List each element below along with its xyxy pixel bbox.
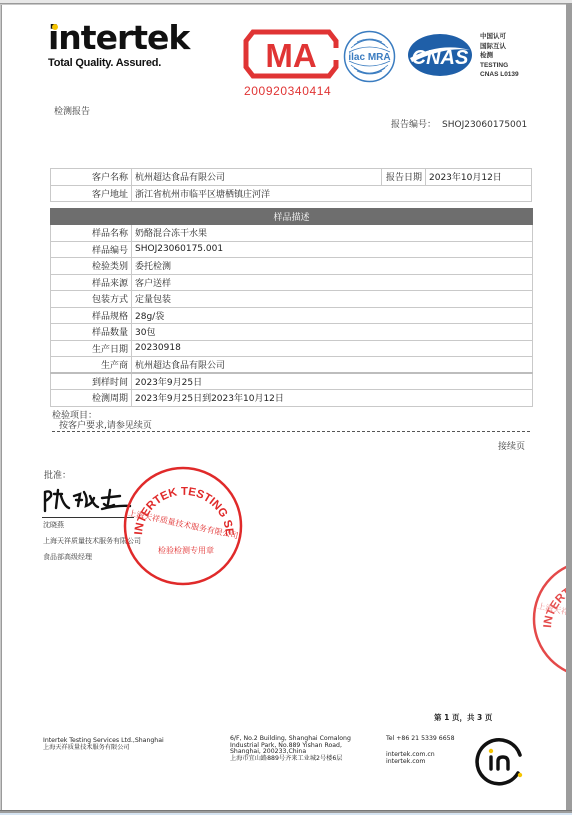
table-row: 检验类别委托检测 xyxy=(51,258,533,275)
table-row: 样品编号SHOJ23060175.001 xyxy=(51,241,533,258)
test-items-label: 检验项目： xyxy=(52,412,97,421)
table-row: 样品名称奶酪混合冻干水果 xyxy=(51,225,533,242)
report-date-label: 报告日期 xyxy=(382,169,426,186)
intertek-in-logo-icon xyxy=(474,735,526,787)
intertek-logo: intertek Total Quality. Assured. xyxy=(48,21,189,69)
cma-number: 200920340414 xyxy=(244,84,331,98)
signer-position: 食品部高级经理 xyxy=(43,552,92,562)
page-number: 第 1 页，共 3 页 xyxy=(434,712,492,723)
brand-tagline: Total Quality. Assured. xyxy=(48,57,189,69)
test-items-value: 按客户要求,请参见续页 xyxy=(59,421,152,431)
ilac-mra-icon: ilac MRA xyxy=(343,30,396,83)
dashed-divider xyxy=(52,431,530,432)
viewer-scrollbar[interactable] xyxy=(566,4,572,812)
client-name-label: 客户名称 xyxy=(51,169,132,186)
viewer-top-bar xyxy=(0,0,572,4)
sample-description-table: 样品描述 样品名称奶酪混合冻干水果 样品编号SHOJ23060175.001 检… xyxy=(50,208,533,407)
svg-text:检验检测专用章: 检验检测专用章 xyxy=(158,545,214,555)
table-row: 客户名称 杭州超达食品有限公司 报告日期 2023年10月12日 xyxy=(51,169,532,186)
page-seam-stamp-icon: INTERTEK TESTING SERVICES LTD., SHANGHAI… xyxy=(531,558,566,680)
footer-website: intertek.com.cn intertek.com xyxy=(386,752,435,765)
svg-text:MA: MA xyxy=(265,37,316,74)
logo-dot-icon xyxy=(52,24,58,30)
table-row: 生产商杭州超达食品有限公司 xyxy=(51,357,533,374)
official-stamp-icon: INTERTEK TESTING SERVICES LTD., SHANGHAI… xyxy=(122,465,244,587)
footer-phone: Tel +86 21 5339 6658 xyxy=(386,736,455,743)
report-page: intertek Total Quality. Assured. MA 2009… xyxy=(1,5,566,810)
report-date-value: 2023年10月12日 xyxy=(426,169,532,186)
section-title: 样品描述 xyxy=(51,209,533,225)
signature-line xyxy=(42,517,134,518)
table-row: 到样时间2023年9月25日 xyxy=(51,373,533,390)
table-row: 样品规格28g/袋 xyxy=(51,307,533,324)
table-row: 生产日期20230918 xyxy=(51,340,533,357)
approval-label: 批准： xyxy=(44,468,71,481)
footer-company: Intertek Testing Services Ltd.,Shanghai上… xyxy=(43,738,164,751)
table-row: 检测周期2023年9月25日到2023年10月12日 xyxy=(51,390,533,407)
client-name-value: 杭州超达食品有限公司 xyxy=(132,169,382,186)
cnas-caption: 中国认可 国际互认 检测 TESTING CNAS L0139 xyxy=(480,32,519,80)
cnas-logo-icon: CNAS xyxy=(406,32,474,78)
svg-text:ilac MRA: ilac MRA xyxy=(348,52,390,63)
cma-mark-icon: MA xyxy=(243,29,339,79)
viewer-bottom-bar xyxy=(0,810,572,815)
client-info-table: 客户名称 杭州超达食品有限公司 报告日期 2023年10月12日 客户地址 浙江… xyxy=(50,168,532,202)
continued-note: 接续页 xyxy=(498,439,525,452)
table-row: 包装方式定量包装 xyxy=(51,291,533,308)
report-number: 报告编号：SHOJ23060175001 xyxy=(391,117,527,130)
svg-text:CNAS: CNAS xyxy=(412,47,469,69)
footer-address: 6/F, No.2 Building, Shanghai Comalong In… xyxy=(230,736,351,762)
client-address-value: 浙江省杭州市临平区塘栖镇庄河洋 xyxy=(132,185,532,202)
signer-name: 沈晓燕 xyxy=(43,520,64,530)
brand-name: intertek xyxy=(48,21,189,55)
signature-icon xyxy=(42,484,132,514)
document-title: 检测报告 xyxy=(54,104,90,117)
table-row: 样品来源客户送样 xyxy=(51,274,533,291)
table-row: 客户地址 浙江省杭州市临平区塘栖镇庄河洋 xyxy=(51,185,532,202)
client-address-label: 客户地址 xyxy=(51,185,132,202)
table-row: 样品数量30包 xyxy=(51,324,533,341)
